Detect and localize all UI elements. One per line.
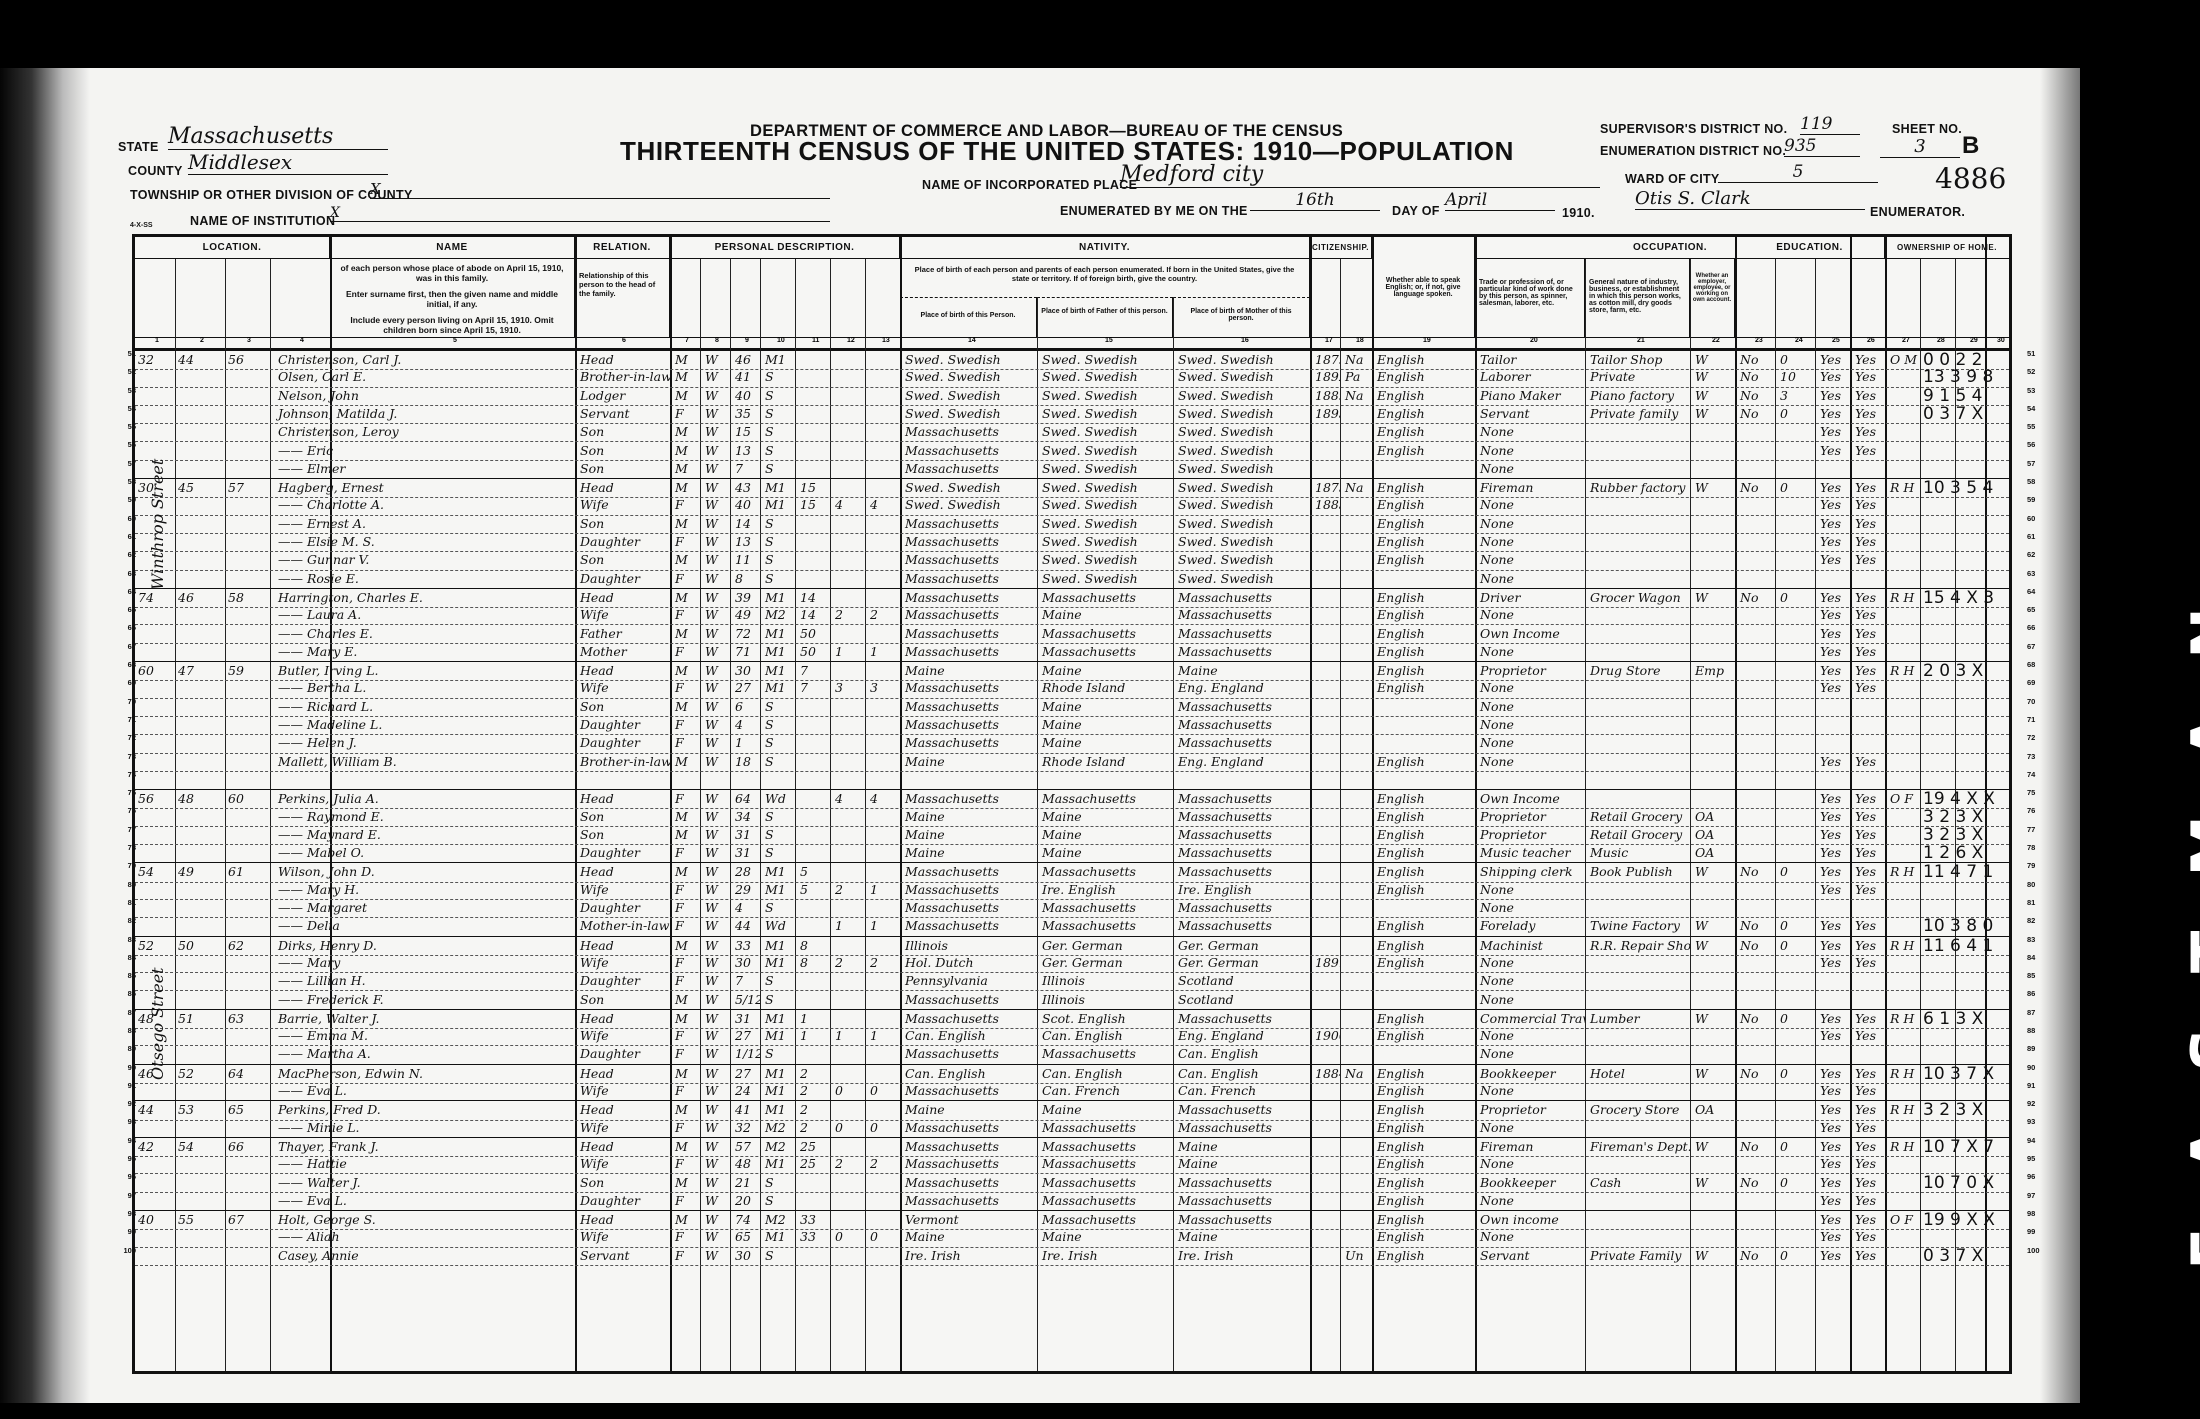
table-row: —— Bertha L.WifeFW27M1733MassachusettsRh… [135,679,2009,698]
cell-age: 15 [732,423,760,441]
cell-lang: English [1374,442,1474,460]
incorporated-place-label: NAME OF INCORPORATED PLACE [922,178,1137,192]
cell-race: W [702,515,730,533]
column-number: 13 [882,337,890,344]
cell-lang: English [1374,1211,1474,1229]
cell-read: Yes [1817,917,1850,935]
cell-write: Yes [1852,954,1885,972]
cell-pob-father: Can. French [1039,1082,1173,1100]
cell-weeks: 0 [1777,479,1815,497]
cell-family: 67 [225,1211,270,1229]
cell-pob: Vermont [902,1211,1037,1229]
cell-pob-father: Ire. Irish [1039,1247,1173,1265]
cell-emp: OA [1692,844,1735,862]
cell-pob-father: Ger. German [1039,954,1173,972]
cell-pob-mother: Swed. Swedish [1175,479,1310,497]
column-number: 3 [247,337,251,344]
line-number: 89 [118,1040,136,1058]
cell-pob-mother: Maine [1175,662,1310,680]
cell-age: 28 [732,863,760,881]
cell-pob-father: Swed. Swedish [1039,423,1173,441]
cell-pob-mother: Massachusetts [1175,790,1310,808]
cell-pob-mother: Can. French [1175,1082,1310,1100]
line-number: 99 [118,1223,136,1241]
line-number: 90 [118,1059,136,1077]
cell-relation: Wife [577,1155,670,1173]
cell-codes: 9 1 5 4 [1920,387,2015,405]
cell-sex: F [672,1045,700,1063]
cell-living: 0 [867,1228,900,1246]
cell-write: Yes [1852,1065,1885,1083]
table-row: —— Madeline L.DaughterFW4SMassachusettsM… [135,716,2009,735]
table-row: —— MaryWifeFW30M1822Hol. DutchGer. Germa… [135,954,2009,973]
cell-marital: S [762,533,795,551]
cell-sex: F [672,1192,700,1210]
cell-sex: F [672,954,700,972]
column-number: 4 [300,337,304,344]
cell-trade: None [1477,899,1585,917]
cell-relation: Daughter [577,533,670,551]
cell-lang: English [1374,589,1474,607]
left-line-numbers: 5152535455565758596061626364656667686970… [118,345,136,1260]
cell-pob-father: Massachusetts [1039,1174,1173,1192]
cell-codes: 3 2 3 X [1920,826,2015,844]
line-number: 51 [2027,345,2047,363]
cell-marital: M1 [762,679,795,697]
cell-codes: 10 7 0 X [1920,1174,2015,1192]
cell-read: Yes [1817,405,1850,423]
cell-marital: M1 [762,1027,795,1045]
state-value: Massachusetts [168,124,388,150]
cell-relation: Son [577,442,670,460]
cell-sex: M [672,423,700,441]
cell-name: —— Charlotte A. [275,496,575,514]
cell-age: 41 [732,1101,760,1119]
cell-name: —— Mary [275,954,575,972]
enumerated-label: ENUMERATED BY ME ON THE [1060,204,1248,218]
line-number: 60 [118,510,136,528]
cell-weeks: 0 [1777,1138,1815,1156]
cell-marital: S [762,405,795,423]
cell-pob-mother: Swed. Swedish [1175,570,1310,588]
cell-trade: None [1477,1082,1585,1100]
cell-emp: W [1692,937,1735,955]
cell-pob-father: Massachusetts [1039,1045,1173,1063]
employer-header: Whether an employer, employee, or workin… [1690,259,1735,337]
line-number: 91 [2027,1077,2047,1095]
cell-read: Yes [1817,662,1850,680]
cell-marital: M1 [762,863,795,881]
cell-sex: F [672,679,700,697]
cell-pob: Maine [902,662,1037,680]
cell-name: Christenson, Leroy [275,423,575,441]
cell-relation: Daughter [577,972,670,990]
cell-race: W [702,1082,730,1100]
cell-codes: 11 4 7 1 [1920,863,2015,881]
cell-family: 66 [225,1138,270,1156]
table-row: Casey, AnnieServantFW30SIre. IrishIre. I… [135,1247,2009,1266]
cell-age: 20 [732,1192,760,1210]
cell-pob-father: Scot. English [1039,1010,1173,1028]
cell-pob-father: Massachusetts [1039,625,1173,643]
ward-label: WARD OF CITY [1625,172,1720,186]
cell-name: —— Madeline L. [275,716,575,734]
cell-read: Yes [1817,1010,1850,1028]
cell-emp: W [1692,863,1735,881]
cell-lang: English [1374,351,1474,369]
cell-write: Yes [1852,662,1885,680]
birth-person-header: Place of birth of this Person. [900,297,1037,337]
cell-living: 4 [867,496,900,514]
cell-read: Yes [1817,1211,1850,1229]
cell-pob-mother: Massachusetts [1175,734,1310,752]
cell-age: 40 [732,387,760,405]
language-header: Whether able to speak English; or, if no… [1372,237,1475,337]
cell-age: 35 [732,405,760,423]
cell-industry: Retail Grocery [1587,808,1690,826]
cell-age: 18 [732,753,760,771]
cell-race: W [702,1027,730,1045]
cell-marital: S [762,1192,795,1210]
cell-relation: Head [577,351,670,369]
cell-pob-father: Maine [1039,662,1173,680]
cell-race: W [702,1101,730,1119]
cell-codes: 1 2 6 X [1920,844,2015,862]
cell-industry: Private [1587,368,1690,386]
cell-age: 34 [732,808,760,826]
cell-lang: English [1374,863,1474,881]
cell-marital: S [762,442,795,460]
cell-pob: Massachusetts [902,606,1037,624]
cell-trade: Own income [1477,1211,1585,1229]
line-number: 86 [2027,985,2047,1003]
cell-write: Yes [1852,625,1885,643]
cell-trade: Own Income [1477,625,1585,643]
line-number: 84 [118,949,136,967]
cell-trade: None [1477,1119,1585,1137]
cell-relation: Lodger [577,387,670,405]
cell-relation: Head [577,589,670,607]
cell-pob-father: Swed. Swedish [1039,533,1173,551]
cell-age: 13 [732,442,760,460]
cell-years: 33 [797,1211,830,1229]
table-row: —— Eva L.WifeFW24M1200MassachusettsCan. … [135,1082,2009,1101]
cell-relation: Daughter [577,716,670,734]
cell-family: 59 [225,662,270,680]
cell-read: Yes [1817,423,1850,441]
line-number: 79 [118,857,136,875]
cell-pob-father: Massachusetts [1039,917,1173,935]
cell-marital: S [762,991,795,1009]
cell-relation: Son [577,826,670,844]
cell-write: Yes [1852,442,1885,460]
cell-write: Yes [1852,1101,1885,1119]
cell-living: 1 [867,881,900,899]
cell-pob-father: Rhode Island [1039,753,1173,771]
cell-lang: English [1374,405,1474,423]
cell-trade: None [1477,716,1585,734]
cell-codes: 0 3 7 X [1920,1247,2015,1265]
table-row: 445365Perkins, Fred D.HeadMW41M12MaineMa… [135,1100,2009,1120]
cell-weeks: 0 [1777,1010,1815,1028]
line-number: 54 [2027,400,2047,418]
line-number: 76 [2027,802,2047,820]
birth-mother-header: Place of birth of Mother of this person. [1173,297,1310,337]
cell-pob-father: Massachusetts [1039,1155,1173,1173]
cell-work: No [1737,1138,1775,1156]
cell-pob: Swed. Swedish [902,405,1037,423]
cell-pob-mother: Massachusetts [1175,1119,1310,1137]
cell-name: Perkins, Julia A. [275,790,575,808]
cell-pob-father: Swed. Swedish [1039,368,1173,386]
cell-sex: F [672,917,700,935]
cell-sex: M [672,589,700,607]
cell-marital: S [762,753,795,771]
cell-industry: Rubber factory [1587,479,1690,497]
cell-pob-father: Swed. Swedish [1039,351,1173,369]
cell-name: —— Maynard E. [275,826,575,844]
line-number: 72 [2027,729,2047,747]
cell-pob-mother: Swed. Swedish [1175,460,1310,478]
film-number: 4886 [1935,162,2006,195]
cell-relation: Head [577,479,670,497]
cell-pob-mother: Swed. Swedish [1175,351,1310,369]
cell-marital: M1 [762,589,795,607]
column-number: 6 [622,337,626,344]
cell-age: 6 [732,698,760,716]
table-row: —— Mary H.WifeFW29M1521MassachusettsIre.… [135,881,2009,900]
cell-relation: Wife [577,496,670,514]
cell-lang: English [1374,1192,1474,1210]
cell-age: 24 [732,1082,760,1100]
column-number: 16 [1241,337,1249,344]
cell-marital: S [762,570,795,588]
cell-born: 2 [832,606,865,624]
cell-sex: F [672,881,700,899]
cell-lang: English [1374,625,1474,643]
cell-relation: Servant [577,1247,670,1265]
cell-relation: Father [577,625,670,643]
cell-lang: English [1374,1010,1474,1028]
column-number: 1 [155,337,159,344]
sheet-side: B [1962,132,1979,160]
industry-header: General nature of industry, business, or… [1585,259,1690,337]
table-row: —— Raymond E.SonMW34SMaineMaineMassachus… [135,808,2009,827]
cell-industry: Music [1587,844,1690,862]
cell-age: 71 [732,643,760,661]
table-row: —— Mary E.MotherFW71M15011MassachusettsM… [135,643,2009,662]
cell-name: —— Laura A. [275,606,575,624]
cell-write: Yes [1852,1119,1885,1137]
line-number: 65 [118,601,136,619]
street-name-2: Otsego Street [148,967,167,1080]
line-number: 99 [2027,1223,2047,1241]
line-number: 95 [2027,1150,2047,1168]
group-personal: PERSONAL DESCRIPTION. [670,237,900,259]
cell-marital: S [762,387,795,405]
cell-name: —— Mary E. [275,643,575,661]
cell-name: —— Walter J. [275,1174,575,1192]
cell-born: 2 [832,954,865,972]
enumeration-district-label: ENUMERATION DISTRICT NO. [1600,144,1786,158]
cell-lang: English [1374,479,1474,497]
cell-age: 72 [732,625,760,643]
cell-read: Yes [1817,1027,1850,1045]
cell-trade: Own Income [1477,790,1585,808]
cell-born: 1 [832,1027,865,1045]
cell-write: Yes [1852,808,1885,826]
cell-lang: English [1374,643,1474,661]
table-row: —— Mabel O.DaughterFW31SMaineMaineMassac… [135,844,2009,863]
cell-race: W [702,826,730,844]
cell-race: W [702,625,730,643]
cell-born: 0 [832,1119,865,1137]
cell-pob-mother: Can. English [1175,1045,1310,1063]
table-row: —— Maynard E.SonMW31SMaineMaineMassachus… [135,826,2009,845]
cell-sex: M [672,351,700,369]
cell-trade: None [1477,1192,1585,1210]
cell-marital: M1 [762,1010,795,1028]
table-row: —— HattieWifeFW48M12522MassachusettsMass… [135,1155,2009,1174]
cell-read: Yes [1817,387,1850,405]
table-row: 544961Wilson, John D.HeadMW28M15Massachu… [135,862,2009,882]
cell-read: Yes [1817,442,1850,460]
cell-emp: W [1692,589,1735,607]
incorporated-place-value: Medford city [1120,162,1600,188]
cell-age: 46 [732,351,760,369]
cell-marital: M1 [762,351,795,369]
cell-name: —— Aliah [275,1228,575,1246]
cell-lang: English [1374,1027,1474,1045]
cell-pob-mother: Scotland [1175,991,1310,1009]
cell-codes: 0 3 7 X [1920,405,2015,423]
cell-pob: Massachusetts [902,734,1037,752]
cell-write: Yes [1852,643,1885,661]
cell-pob-mother: Eng. England [1175,753,1310,771]
line-number: 92 [118,1095,136,1113]
line-number: 70 [2027,693,2047,711]
cell-years: 7 [797,662,830,680]
line-number: 67 [2027,638,2047,656]
group-nativity: NATIVITY. [900,237,1310,259]
cell-name: Barrie, Walter J. [275,1010,575,1028]
cell-lang: English [1374,790,1474,808]
relation-column-header: Relationship of this person to the head … [575,259,670,337]
cell-pob: Massachusetts [902,917,1037,935]
township-value: X [370,180,830,199]
cell-lang: English [1374,1119,1474,1137]
cell-sex: M [672,698,700,716]
cell-years: 33 [797,1228,830,1246]
state-label: STATE [118,140,159,154]
cell-sex: M [672,1211,700,1229]
cell-sex: M [672,808,700,826]
cell-years: 7 [797,679,830,697]
cell-relation: Head [577,790,670,808]
cell-pob: Massachusetts [902,1155,1037,1173]
day-of-label: DAY OF [1392,204,1440,218]
cell-pob-father: Massachusetts [1039,643,1173,661]
cell-pob: Massachusetts [902,625,1037,643]
cell-nat: Na [1342,479,1372,497]
cell-age: 41 [732,368,760,386]
cell-weeks: 0 [1777,589,1815,607]
cell-trade: None [1477,1228,1585,1246]
cell-read: Yes [1817,1082,1850,1100]
cell-lang: English [1374,1228,1474,1246]
cell-trade: None [1477,570,1585,588]
cell-years: 15 [797,479,830,497]
line-number: 60 [2027,510,2047,528]
cell-lang: English [1374,606,1474,624]
cell-lang: English [1374,1138,1474,1156]
column-number: 19 [1423,337,1431,344]
line-number: 64 [2027,583,2047,601]
line-number: 69 [2027,674,2047,692]
cell-marital: M2 [762,1211,795,1229]
cell-age: 65 [732,1228,760,1246]
cell-race: W [702,479,730,497]
cell-relation: Head [577,1138,670,1156]
cell-marital: M1 [762,1228,795,1246]
cell-house: 42 [135,1138,175,1156]
line-number: 68 [118,656,136,674]
cell-trade: Laborer [1477,368,1585,386]
cell-read: Yes [1817,808,1850,826]
cell-read: Yes [1817,551,1850,569]
cell-relation: Daughter [577,844,670,862]
cell-codes: 13 3 9 8 [1920,368,2015,386]
cell-family: 61 [225,863,270,881]
cell-marital: M2 [762,606,795,624]
cell-relation: Wife [577,1119,670,1137]
cell-emp: OA [1692,826,1735,844]
cell-lang: English [1374,826,1474,844]
cell-trade: Driver [1477,589,1585,607]
cell-name: —— Margaret [275,899,575,917]
cell-pob-mother: Maine [1175,1138,1310,1156]
cell-race: W [702,589,730,607]
cell-pob: Massachusetts [902,460,1037,478]
cell-read: Yes [1817,1155,1850,1173]
cell-immig: 1889 [1312,387,1340,405]
cell-immig: 1891 [1312,954,1340,972]
cell-name: —— Frederick F. [275,991,575,1009]
cell-pob-father: Swed. Swedish [1039,496,1173,514]
cell-trade: Servant [1477,1247,1585,1265]
cell-pob-father: Maine [1039,1101,1173,1119]
enumerator-name: Otis S. Clark [1635,188,1865,210]
cell-sex: F [672,844,700,862]
cell-sex: M [672,991,700,1009]
cell-years: 8 [797,937,830,955]
cell-age: 57 [732,1138,760,1156]
cell-sex: M [672,937,700,955]
cell-immig: 1883 [1312,496,1340,514]
cell-codes: 10 7 X 7 [1920,1138,2015,1156]
cell-race: W [702,1155,730,1173]
cell-pob: Swed. Swedish [902,368,1037,386]
cell-read: Yes [1817,753,1850,771]
cell-industry: Cash [1587,1174,1690,1192]
table-row: Johnson, Matilda J.ServantFW35SSwed. Swe… [135,405,2009,424]
cell-race: W [702,734,730,752]
cell-pob-mother: Eng. England [1175,679,1310,697]
table-row: 525062Dirks, Henry D.HeadMW33M18Illinois… [135,936,2009,956]
column-number: 7 [685,337,689,344]
cell-years: 5 [797,863,830,881]
cell-trade: None [1477,643,1585,661]
